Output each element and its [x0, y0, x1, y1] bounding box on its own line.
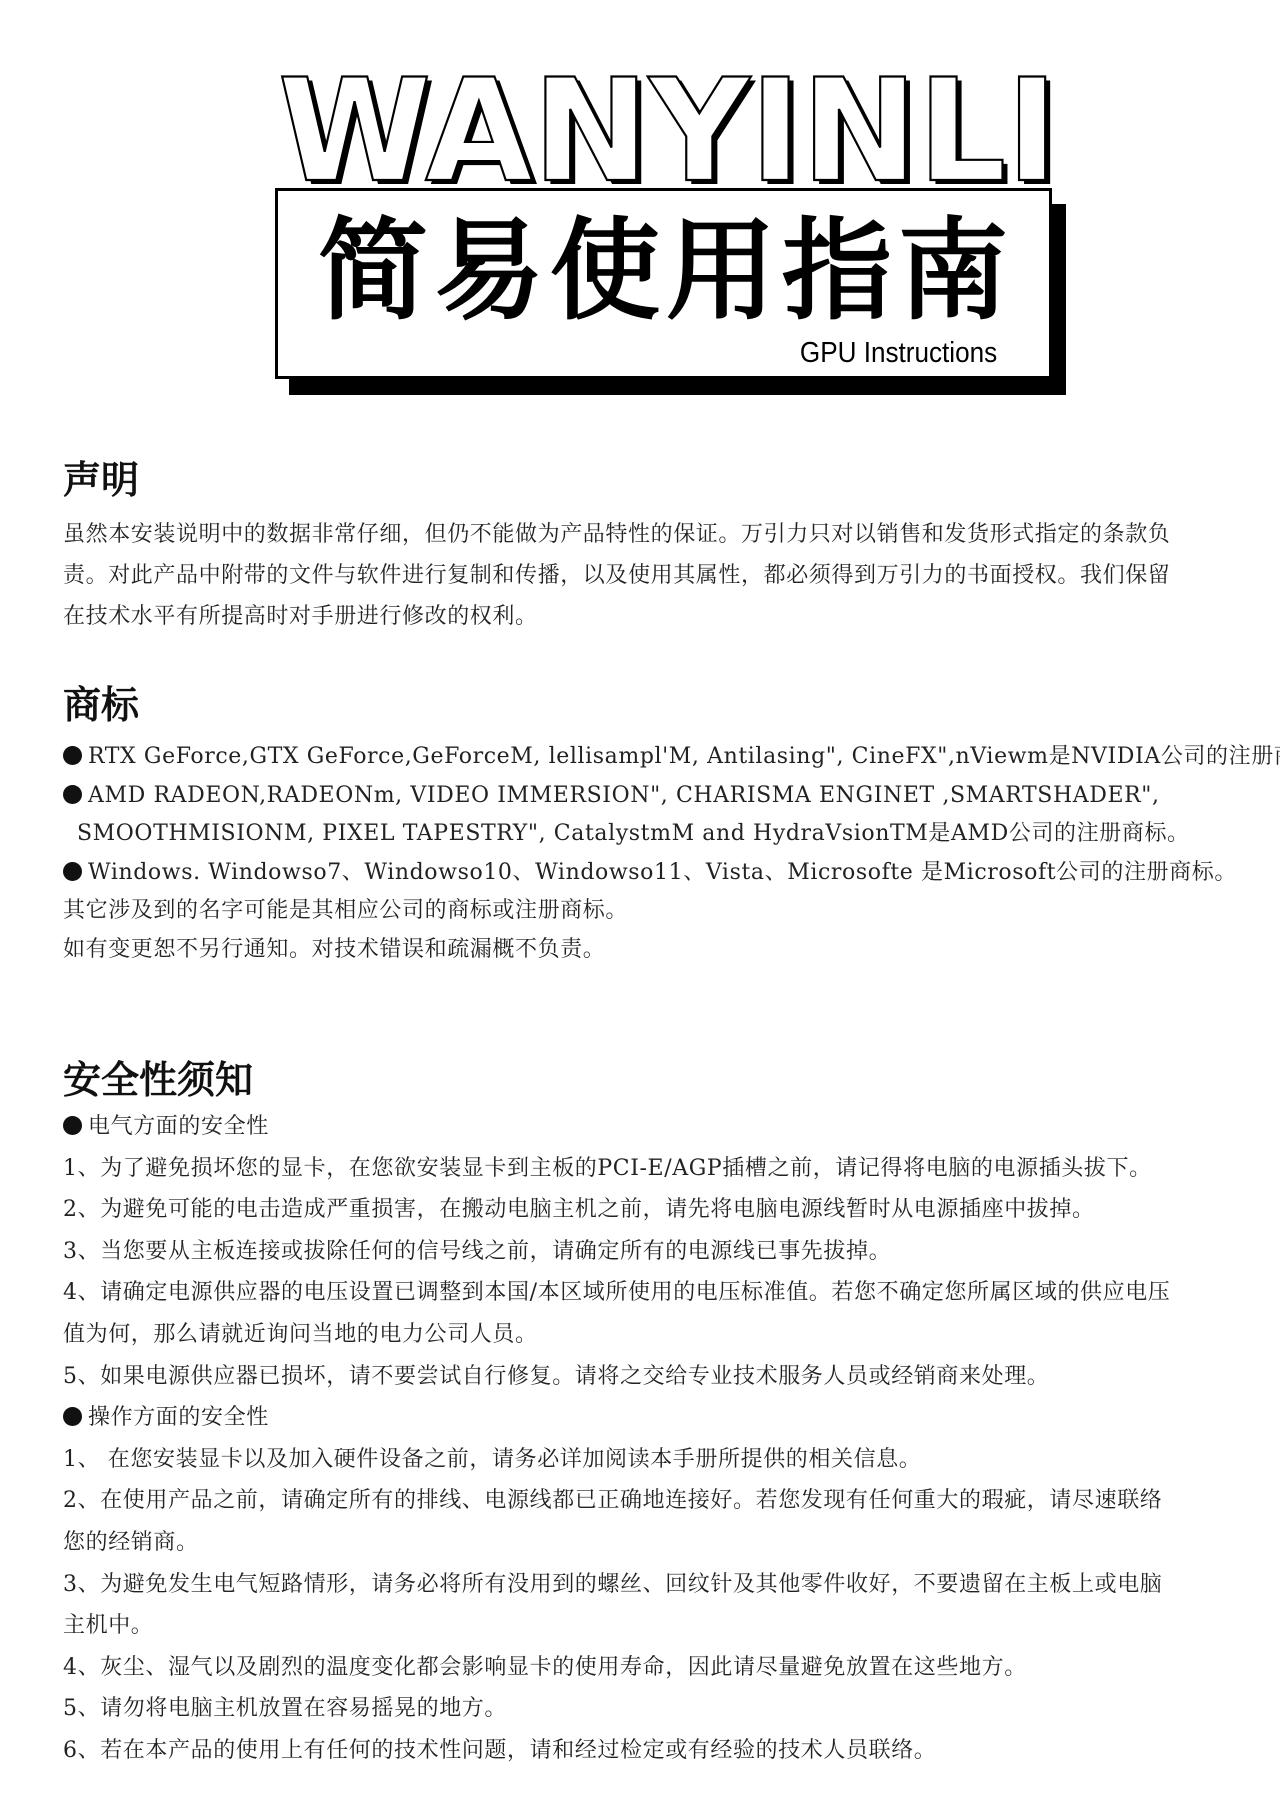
- safety-body: 电气方面的安全性 1、为了避免损坏您的显卡，在您欲安装显卡到主板的PCI-E/A…: [63, 1106, 1233, 1772]
- electrical-safety-line: 1、为了避免损坏您的显卡，在您欲安装显卡到主板的PCI-E/AGP插槽之前，请记…: [63, 1148, 1233, 1190]
- operation-safety-line: 6、若在本产品的使用上有任何的技术性问题，请和经过检定或有经验的技术人员联络。: [63, 1730, 1233, 1772]
- bullet-icon: [63, 746, 82, 765]
- brand-text: WANYINLI: [278, 60, 1058, 190]
- electrical-safety-title: 电气方面的安全性: [63, 1106, 1233, 1148]
- declaration-body: 虽然本安装说明中的数据非常仔细，但仍不能做为产品特性的保证。万引力只对以销售和发…: [63, 514, 1233, 637]
- trademark-item-microsoft: Windows. Windowso7、Windowso10、Windowso11…: [63, 854, 1233, 893]
- bullet-icon: [63, 862, 82, 881]
- operation-safety-line: 2、在使用产品之前，请确定所有的排线、电源线都已正确地连接好。若您发现有任何重大…: [63, 1480, 1233, 1522]
- trademark-note: 其它涉及到的名字可能是其相应公司的商标或注册商标。: [63, 892, 1233, 931]
- operation-safety-line: 您的经销商。: [63, 1522, 1233, 1564]
- electrical-safety-line: 3、当您要从主板连接或拔除任何的信号线之前，请确定所有的电源线已事先拔掉。: [63, 1231, 1233, 1273]
- trademark-text: Windows. Windowso7、Windowso10、Windowso11…: [88, 860, 1237, 885]
- trademark-note: 如有变更恕不另行通知。对技术错误和疏漏概不负责。: [63, 931, 1233, 970]
- operation-safety-line: 主机中。: [63, 1605, 1233, 1647]
- safety-heading: 安全性须知: [63, 1058, 1233, 1102]
- brand-logo: .wm { font-family: "DejaVu Sans", "Liber…: [276, 60, 1076, 190]
- bullet-icon: [63, 1116, 82, 1135]
- declaration-section: 声明 虽然本安装说明中的数据非常仔细，但仍不能做为产品特性的保证。万引力只对以销…: [63, 458, 1233, 637]
- operation-safety-line: 5、请勿将电脑主机放置在容易摇晃的地方。: [63, 1688, 1233, 1730]
- electrical-safety-line: 值为何，那么请就近询问当地的电力公司人员。: [63, 1314, 1233, 1356]
- subsection-title: 操作方面的安全性: [88, 1405, 269, 1430]
- brand-wordmark: .wm { font-family: "DejaVu Sans", "Liber…: [276, 60, 1076, 190]
- trademark-item-amd: AMD RADEON,RADEONm, VIDEO IMMERSION", CH…: [63, 777, 1233, 816]
- subsection-title: 电气方面的安全性: [88, 1114, 269, 1139]
- electrical-safety-line: 4、请确定电源供应器的电压设置已调整到本国/本区域所使用的电压标准值。若您不确定…: [63, 1272, 1233, 1314]
- operation-safety-line: 3、为避免发生电气短路情形，请务必将所有没用到的螺丝、回纹针及其他零件收好，不要…: [63, 1564, 1233, 1606]
- bullet-icon: [63, 785, 82, 804]
- declaration-line: 在技术水平有所提高时对手册进行修改的权利。: [63, 596, 1233, 637]
- safety-section: 安全性须知 电气方面的安全性 1、为了避免损坏您的显卡，在您欲安装显卡到主板的P…: [63, 1058, 1233, 1772]
- trademark-text: AMD RADEON,RADEONm, VIDEO IMMERSION", CH…: [88, 783, 1160, 808]
- trademark-heading: 商标: [63, 683, 1233, 727]
- trademark-body: RTX GeForce,GTX GeForce,GeForceM, lellis…: [63, 738, 1233, 969]
- title-box: 简易使用指南 GPU Instructions: [275, 188, 1052, 379]
- operation-safety-line: 1、 在您安装显卡以及加入硬件设备之前，请务必详加阅读本手册所提供的相关信息。: [63, 1439, 1233, 1481]
- operation-safety-line: 4、灰尘、湿气以及剧烈的温度变化都会影响显卡的使用寿命，因此请尽量避免放置在这些…: [63, 1647, 1233, 1689]
- trademark-item-amd-cont: SMOOTHMISIONM, PIXEL TAPESTRY", Catalyst…: [63, 815, 1233, 854]
- declaration-line: 责。对此产品中附带的文件与软件进行复制和传播，以及使用其属性，都必须得到万引力的…: [63, 555, 1233, 596]
- electrical-safety-line: 2、为避免可能的电击造成严重损害，在搬动电脑主机之前，请先将电脑电源线暂时从电源…: [63, 1189, 1233, 1231]
- trademark-item-nvidia: RTX GeForce,GTX GeForce,GeForceM, lellis…: [63, 738, 1233, 777]
- page-title: 简易使用指南: [318, 213, 1014, 329]
- declaration-heading: 声明: [63, 458, 1233, 502]
- page-subtitle: GPU Instructions: [800, 337, 997, 369]
- declaration-line: 虽然本安装说明中的数据非常仔细，但仍不能做为产品特性的保证。万引力只对以销售和发…: [63, 514, 1233, 555]
- bullet-icon: [63, 1407, 82, 1426]
- trademark-text: RTX GeForce,GTX GeForce,GeForceM, lellis…: [88, 744, 1280, 769]
- operation-safety-title: 操作方面的安全性: [63, 1397, 1233, 1439]
- electrical-safety-line: 5、如果电源供应器已损坏，请不要尝试自行修复。请将之交给专业技术服务人员或经销商…: [63, 1356, 1233, 1398]
- trademark-section: 商标 RTX GeForce,GTX GeForce,GeForceM, lel…: [63, 683, 1233, 969]
